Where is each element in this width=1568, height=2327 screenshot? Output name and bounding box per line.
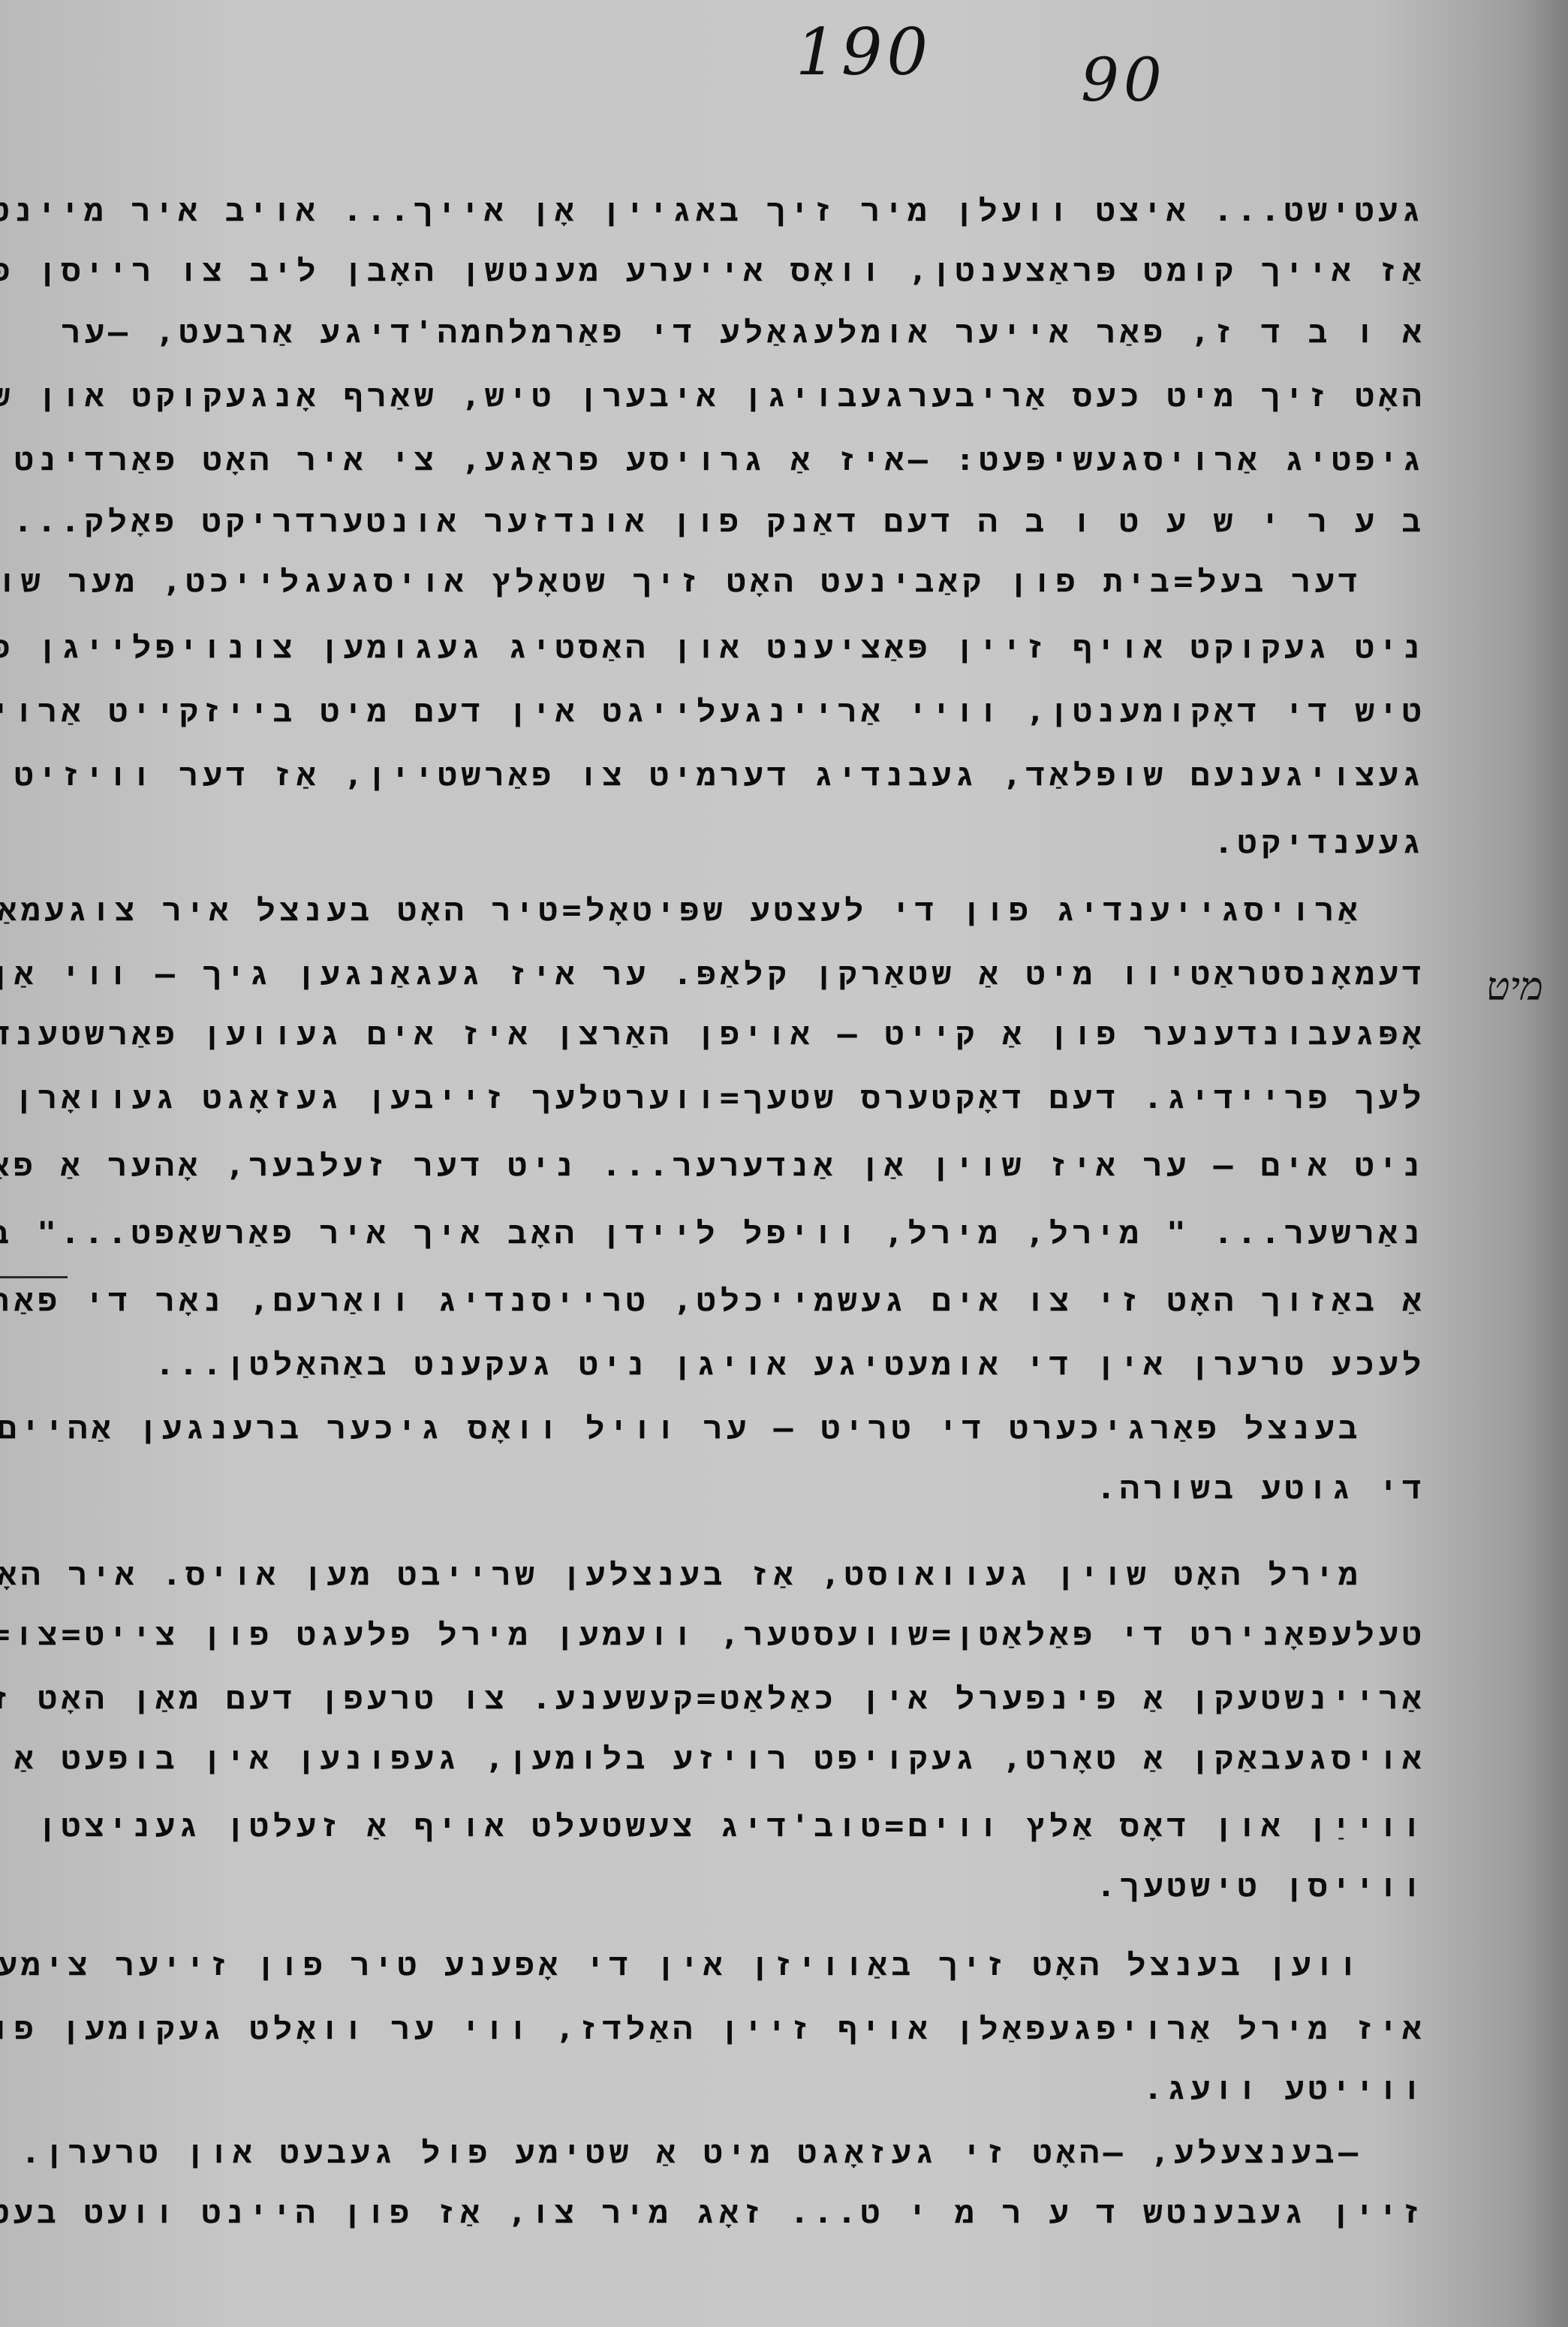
text-line: האָט זיך מיט כעס אַריבערגעבויגן איבערן ט… <box>0 379 1425 416</box>
text-line: נאַרשער... " מירל, מירל, וויפל ליידן האָ… <box>0 1216 1425 1253</box>
text-line: טעלעפאָנירט די פּאַלאַטן=שוועסטער, וועמע… <box>0 1618 1425 1654</box>
text-line: ווייטע וועג. <box>1143 2072 1425 2109</box>
text-line: לעכע טרערן אין די אומעטיגע אויגן ניט געק… <box>155 1347 1425 1384</box>
text-line: אַרויסגייענדיג פון די לעצטע שפּיטאָל=טיר… <box>0 893 1362 930</box>
text-line: אויסגעבאַקן אַ טאָרט, געקויפט רויזע בלומ… <box>0 1741 1425 1778</box>
text-line: אַז אייך קומט פּראַצענטן, וואָס אייערע מ… <box>0 254 1425 290</box>
text-line: געענדיקט. <box>1214 826 1425 862</box>
text-line: געצויגענעם שופלאַד, געבנדיג דערמיט צו פא… <box>0 758 1425 795</box>
text-line: אַריינשטעקן אַ פינפערל אין כאַלאַט=קעשענ… <box>0 1681 1425 1718</box>
margin-rule-mark <box>0 1276 68 1278</box>
text-line: ווייַן און דאָס אַלץ ווים=טוב'דיג צעשטעל… <box>38 1809 1425 1846</box>
text-line: דער בעל=בית פון קאַבינעט האָט זיך שטאָלץ… <box>0 564 1362 601</box>
text-line: זיין געבענטש ד ע ר מ י ט... זאָג מיר צו,… <box>0 2196 1425 2232</box>
text-line: טיש די דאָקומענטן, וויי אַריינגעלייגט אי… <box>0 694 1425 731</box>
text-line: לעך פריידיג. דעם דאָקטערס שטעך=ווערטלעך … <box>0 1081 1425 1118</box>
text-line: ווען בענצל האָט זיך באַוויזן אין די אָפע… <box>0 1948 1362 1985</box>
text-line: געטישט... איצט וועלן מיר זיך באגיין אָן … <box>0 194 1425 230</box>
text-line: אָפּגעבונדענער פון אַ קייט — אויפן האַרצ… <box>0 1017 1425 1054</box>
text-line: גיפטיג אַרויסגעשיפּעט: —איז אַ גרויסע פר… <box>0 443 1425 480</box>
text-line: מירל האָט שוין געוואוסט, אַז בענצלען שרי… <box>0 1558 1362 1594</box>
text-line: בענצל פאַרגיכערט די טריט — ער וויל וואָס… <box>0 1411 1362 1448</box>
text-line: דעמאָנסטראַטיוו מיט אַ שטאַרקן קלאַפּ. ע… <box>0 957 1425 994</box>
text-line: ניט געקוקט אויף זיין פּאַציענט און האַסט… <box>0 631 1425 667</box>
text-line: אַ באַזוך האָט זי צו אים געשמייכלט, טריי… <box>0 1284 1425 1320</box>
typewritten-text-block: געטישט... איצט וועלן מיר זיך באגיין אָן … <box>0 0 1568 2327</box>
text-line: ניט אים — ער איז שוין אַן אַנדערער... ני… <box>0 1148 1425 1185</box>
text-line: איז מירל אַרויפגעפאַלן אויף זיין האַלדז,… <box>0 2012 1425 2049</box>
text-line: ווייסן טישטעך. <box>1096 1869 1425 1906</box>
text-line: ב ע ר י ש ע ט ו ב ה דעם דאַנק פון אונדזע… <box>14 504 1425 541</box>
text-line: —בענצעלע, —האָט זי געזאָגט מיט אַ שטימע … <box>0 2136 1362 2172</box>
text-line: א ו ב ד ז, פאַר אייער אומלעגאַלע די פאַר… <box>61 315 1425 352</box>
text-line: די גוטע בשורה. <box>1096 1471 1425 1508</box>
